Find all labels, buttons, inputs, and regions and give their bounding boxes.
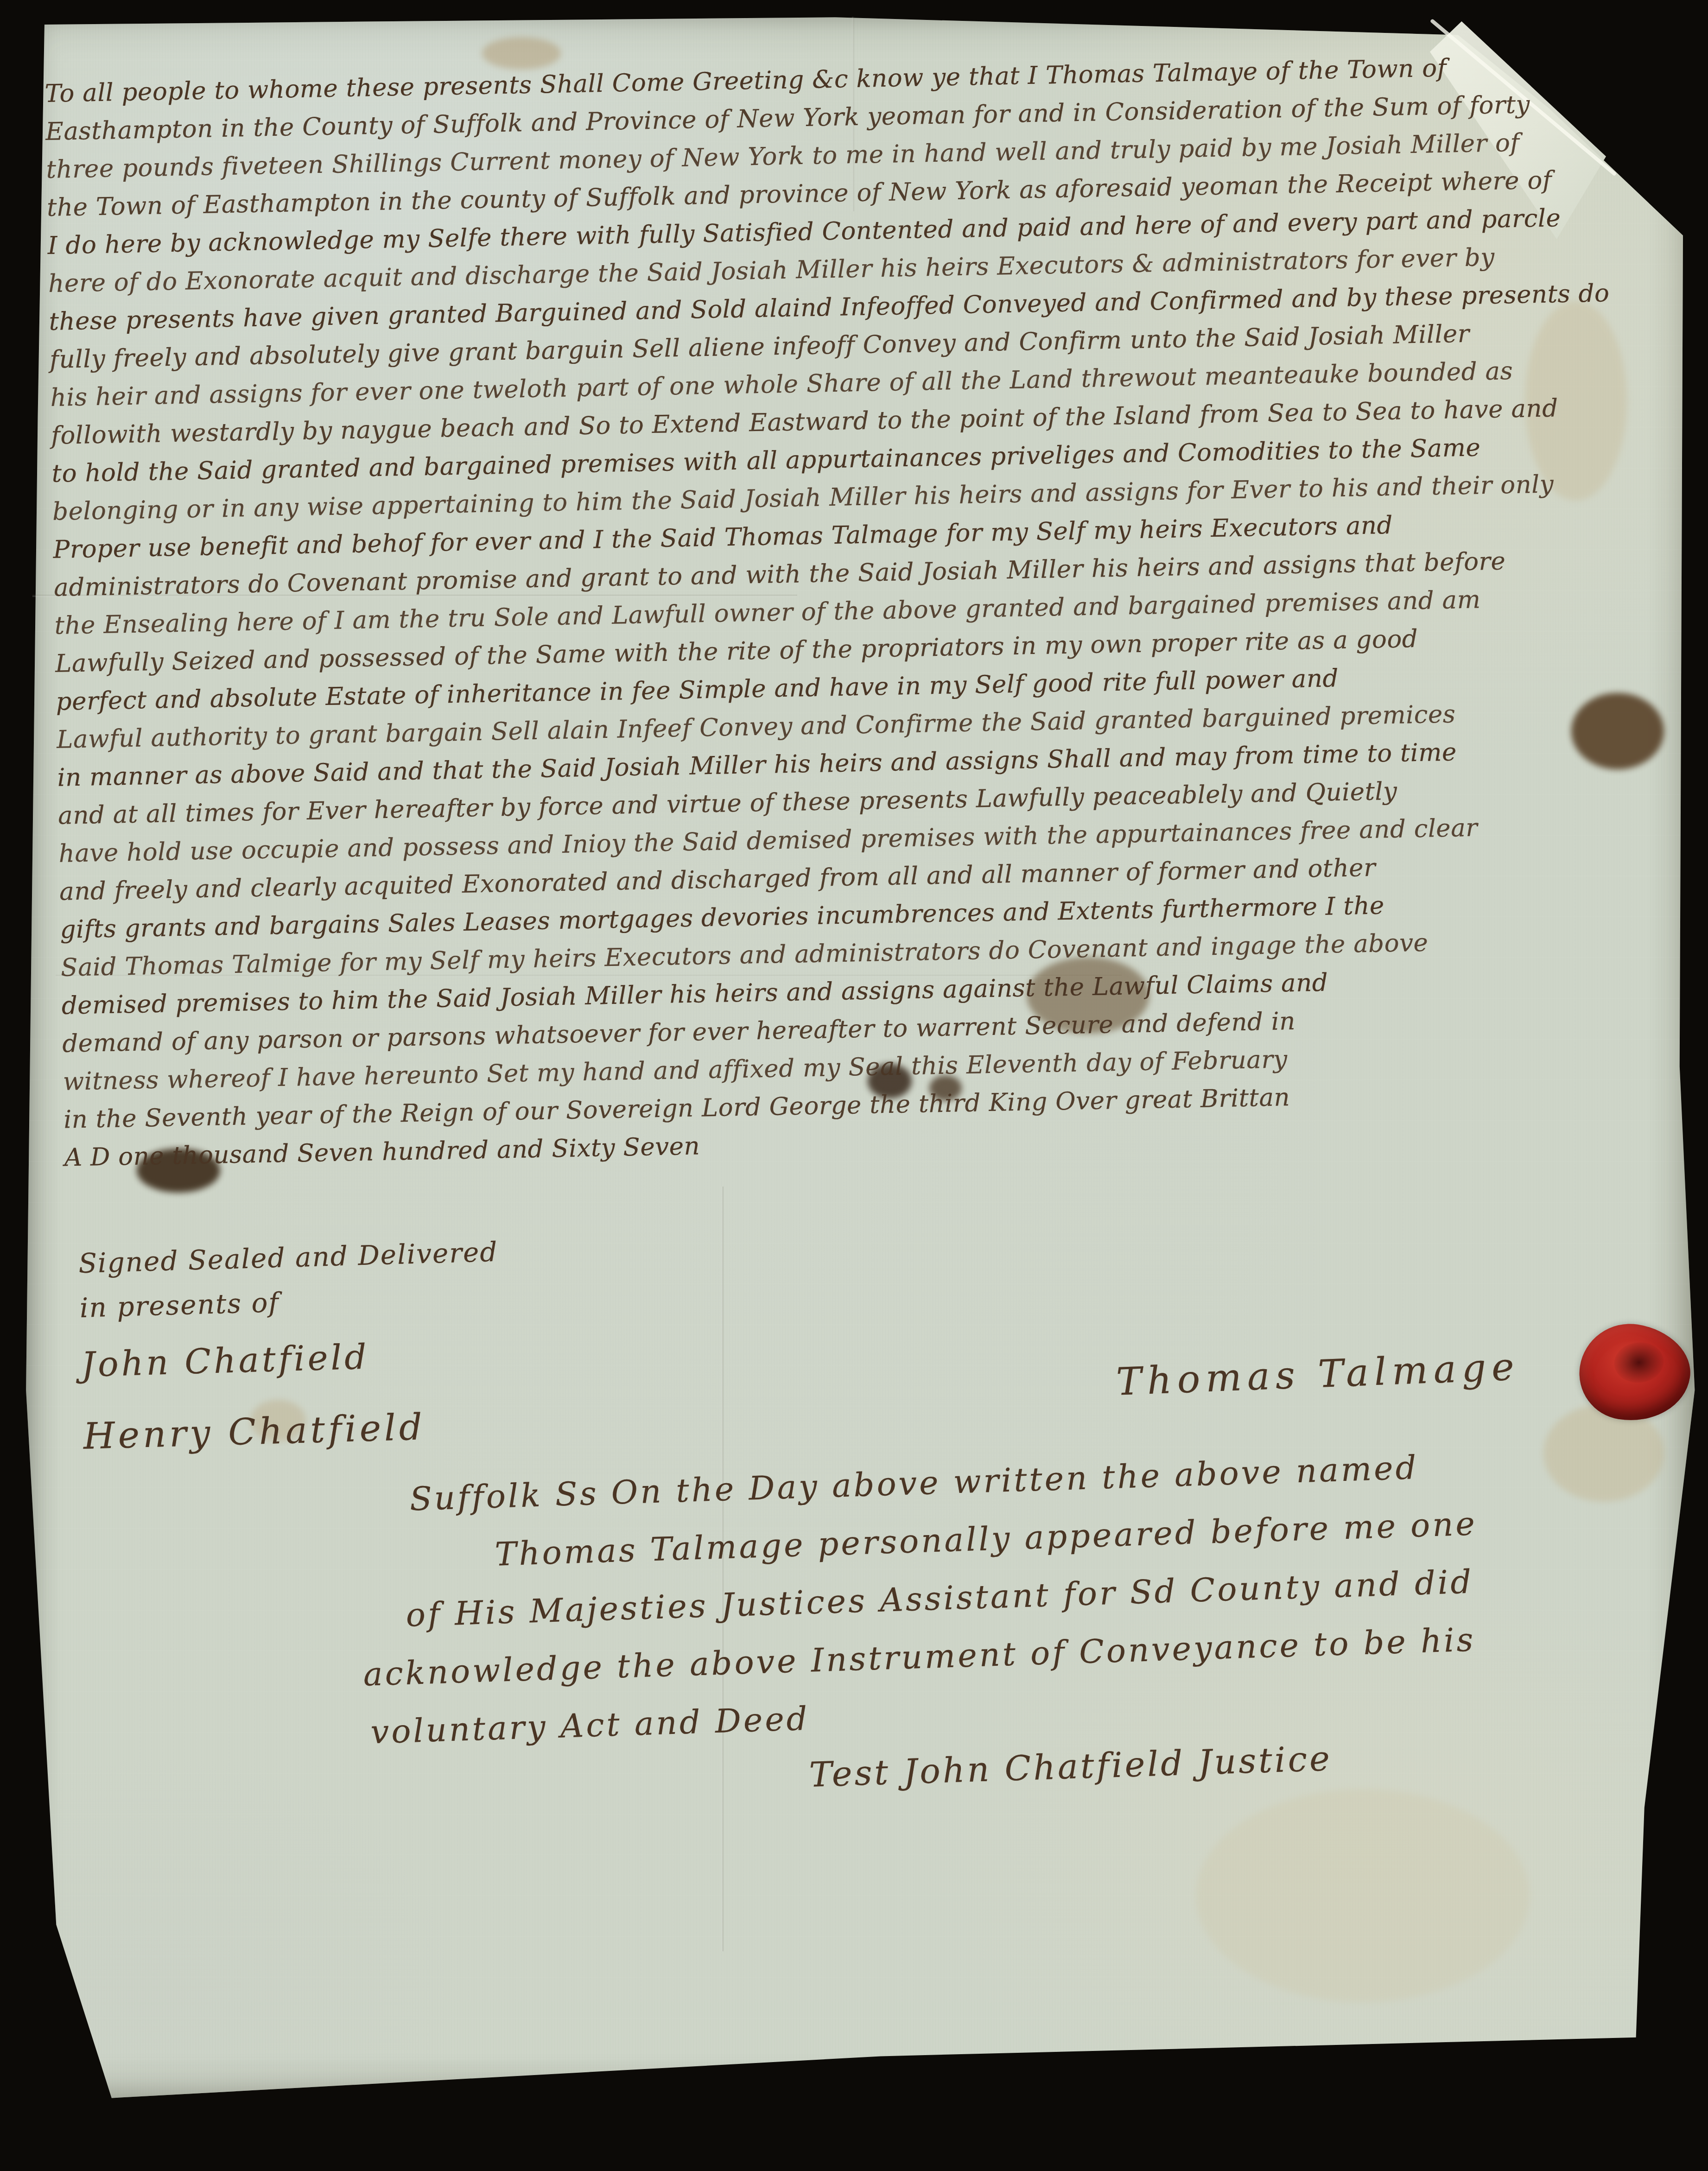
document-scan: To all people to whome these presents Sh… (0, 0, 1708, 2171)
witness-signature-john-chatfield: John Chatfield (80, 1319, 502, 1400)
witness-block: Signed Sealed and Delivered in presents … (78, 1230, 504, 1474)
foxing-spot (482, 37, 561, 70)
foxing-spot (1196, 1789, 1530, 2002)
acknowledgment-block: Suffolk Ss On the Day above written the … (357, 1433, 1617, 1762)
wax-seal-impression (1613, 1340, 1666, 1385)
deed-body-text: To all people to whome these presents Sh… (44, 45, 1673, 1177)
witness-signature-henry-chatfield: Henry Chatfield (83, 1388, 504, 1474)
